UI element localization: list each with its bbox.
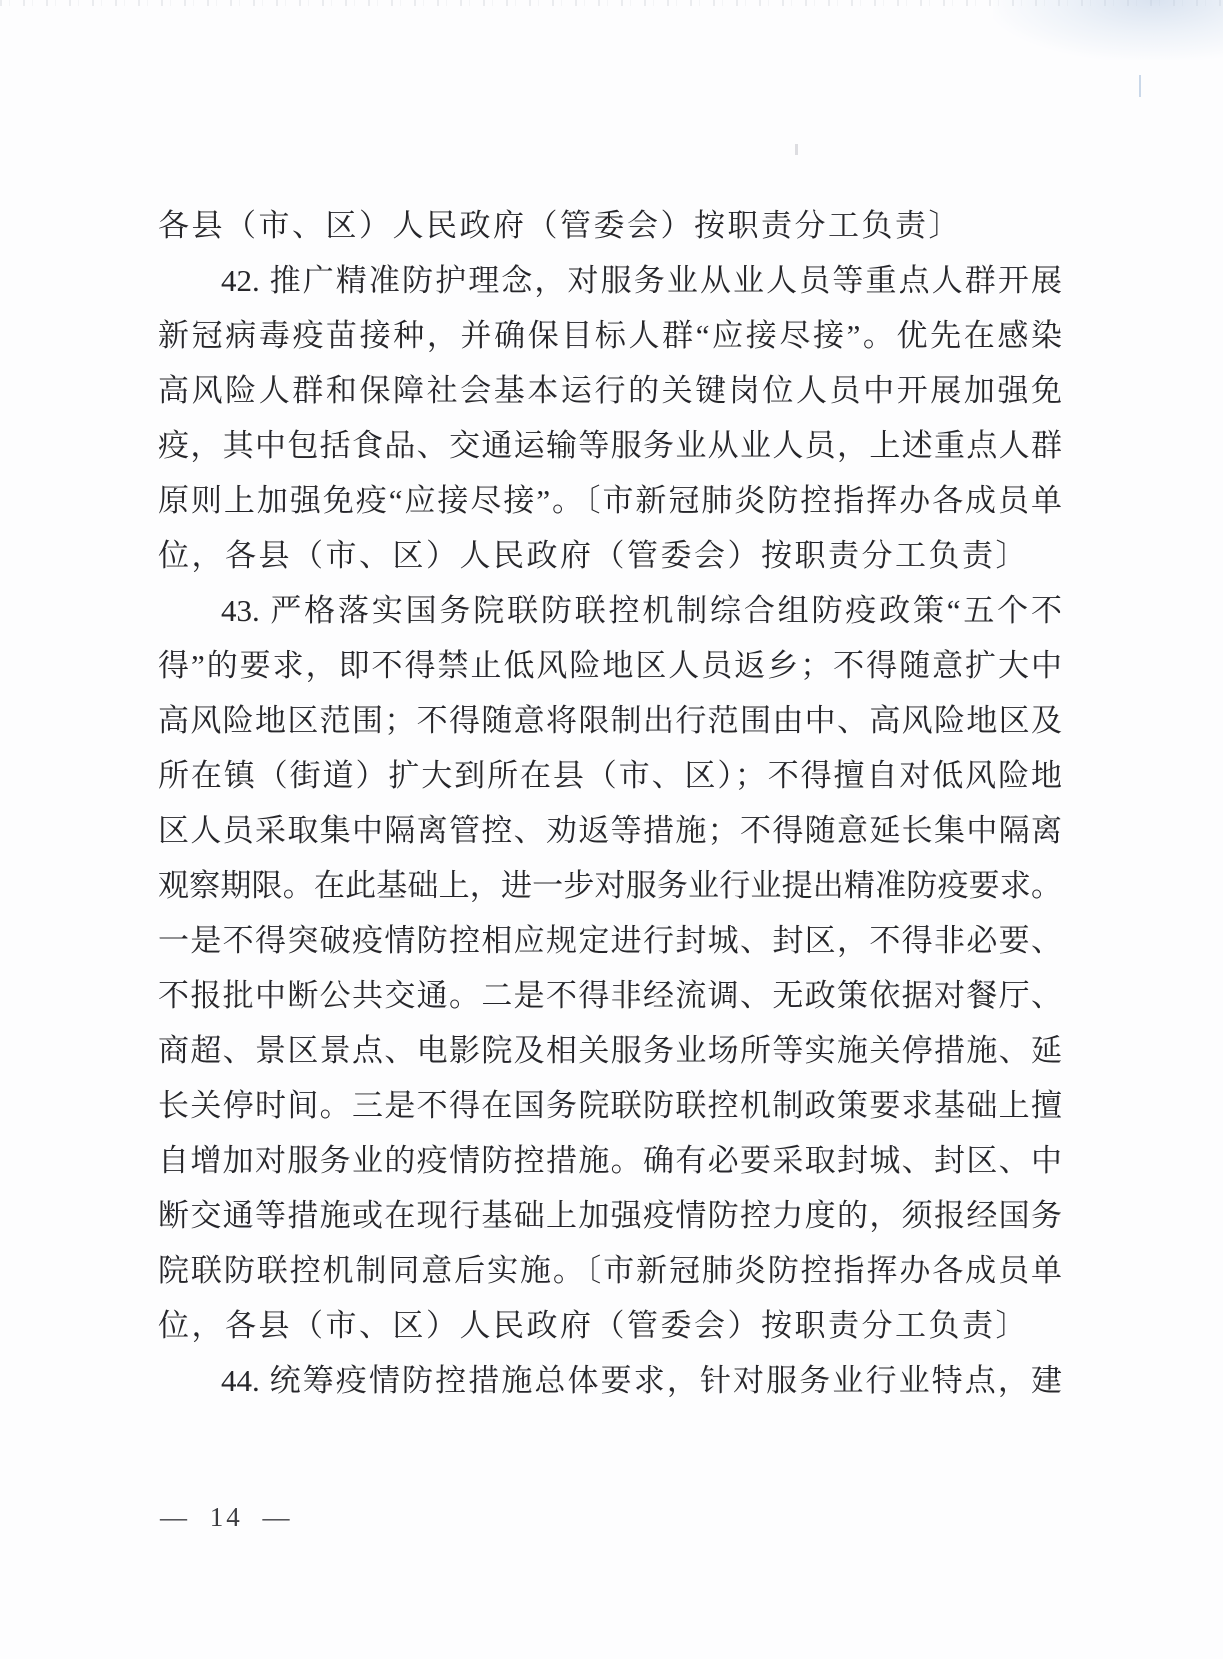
text-line-item-43: 43. 严格落实国务院联防联控机制综合组防疫政策“五个不 xyxy=(158,583,1062,638)
text-line: 疫，其中包括食品、交通运输等服务业从业人员，上述重点人群 xyxy=(158,418,1062,473)
text-line: 各县（市、区）人民政府（管委会）按职责分工负责〕 xyxy=(158,198,1062,253)
text-line: 位，各县（市、区）人民政府（管委会）按职责分工负责〕 xyxy=(158,528,1062,583)
text-line-item-44: 44. 统筹疫情防控措施总体要求，针对服务业行业特点，建 xyxy=(158,1353,1062,1408)
text-line: 得”的要求，即不得禁止低风险地区人员返乡；不得随意扩大中 xyxy=(158,638,1062,693)
text-line: 位，各县（市、区）人民政府（管委会）按职责分工负责〕 xyxy=(158,1298,1062,1353)
text-line: 长关停时间。三是不得在国务院联防联控机制政策要求基础上擅 xyxy=(158,1078,1062,1133)
text-line: 新冠病毒疫苗接种，并确保目标人群“应接尽接”。优先在感染 xyxy=(158,308,1062,363)
document-body: 各县（市、区）人民政府（管委会）按职责分工负责〕 42. 推广精准防护理念，对服… xyxy=(158,198,1062,1408)
text-line: 高风险人群和保障社会基本运行的关键岗位人员中开展加强免 xyxy=(158,363,1062,418)
text-line: 观察期限。在此基础上，进一步对服务业行业提出精准防疫要求。 xyxy=(158,858,1062,913)
text-line: 院联防联控机制同意后实施。〔市新冠肺炎防控指挥办各成员单 xyxy=(158,1243,1062,1298)
scan-artifact-smudge xyxy=(993,0,1223,60)
scanned-document-page: 各县（市、区）人民政府（管委会）按职责分工负责〕 42. 推广精准防护理念，对服… xyxy=(0,0,1223,1659)
text-line: 所在镇（街道）扩大到所在县（市、区）；不得擅自对低风险地 xyxy=(158,748,1062,803)
text-line: 高风险地区范围；不得随意将限制出行范围由中、高风险地区及 xyxy=(158,693,1062,748)
text-line: 自增加对服务业的疫情防控措施。确有必要采取封城、封区、中 xyxy=(158,1133,1062,1188)
text-line: 不报批中断公共交通。二是不得非经流调、无政策依据对餐厅、 xyxy=(158,968,1062,1023)
text-line: 区人员采取集中隔离管控、劝返等措施；不得随意延长集中隔离 xyxy=(158,803,1062,858)
scan-artifact-fleck xyxy=(795,144,798,155)
scan-artifact-streak xyxy=(1139,75,1141,97)
text-line-item-42: 42. 推广精准防护理念，对服务业从业人员等重点人群开展 xyxy=(158,253,1062,308)
text-line: 一是不得突破疫情防控相应规定进行封城、封区，不得非必要、 xyxy=(158,913,1062,968)
page-number: — 14 — xyxy=(160,1497,293,1537)
text-line: 商超、景区景点、电影院及相关服务业场所等实施关停措施、延 xyxy=(158,1023,1062,1078)
text-line: 断交通等措施或在现行基础上加强疫情防控力度的，须报经国务 xyxy=(158,1188,1062,1243)
text-line: 原则上加强免疫“应接尽接”。〔市新冠肺炎防控指挥办各成员单 xyxy=(158,473,1062,528)
